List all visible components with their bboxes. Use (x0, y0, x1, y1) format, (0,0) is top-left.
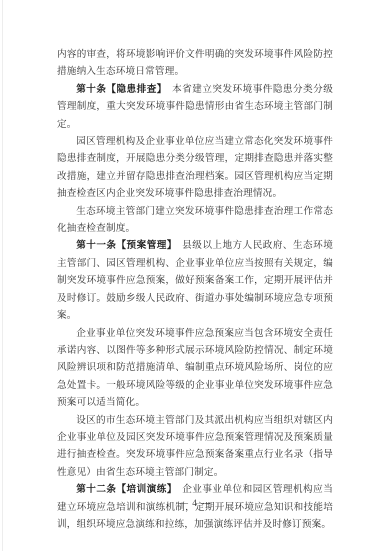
document-paragraph: 企业事业单位突发环境事件应急预案应当包含环境安全责任承诺内容、以图件等多种形式展… (57, 325, 333, 412)
article-heading: 第十二条【培训演练】 (76, 484, 182, 495)
paragraph-text: 园区管理机构及企业事业单位应当建立常态化突发环境事件隐患排查制度，开展隐患分类分… (57, 136, 333, 199)
paragraph-text: 县级以上地方人民政府、生态环境主管部门、园区管理机构、企业事业单位应当按照有关规… (57, 240, 333, 321)
document-paragraph: 园区管理机构及企业事业单位应当建立常态化突发环境事件隐患排查制度，开展隐患分类分… (57, 133, 333, 203)
paragraph-text: 内容的审查，将环境影响评价文件明确的突发环境事件风险防控措施纳入生态环境日常管理… (57, 49, 333, 77)
document-page: 内容的审查，将环境影响评价文件明确的突发环境事件风险防控措施纳入生态环境日常管理… (0, 0, 390, 551)
document-paragraph: 第十一条【预案管理】 县级以上地方人民政府、生态环境主管部门、园区管理机构、企业… (57, 237, 333, 324)
article-heading: 第十一条【预案管理】 (76, 240, 182, 251)
document-paragraph: 生态环境主管部门建立突发环境事件隐患排查治理工作常态化抽查检查制度。 (57, 203, 333, 238)
document-paragraph: 第十条【隐患排查】 本省建立突发环境事件隐患分类分级管理制度，重大突发环境事件隐… (57, 81, 333, 133)
document-paragraph: 内容的审查，将环境影响评价文件明确的突发环境事件风险防控措施纳入生态环境日常管理… (57, 46, 333, 81)
document-paragraph: 设区的市生态环境主管部门及其派出机构应当组织对辖区内企业事业单位及园区突发环境事… (57, 412, 333, 482)
scan-edge-line (2, 0, 3, 551)
paragraph-text: 企业事业单位突发环境事件应急预案应当包含环境安全责任承诺内容、以图件等多种形式展… (57, 328, 333, 409)
page-number: — 4 — (0, 498, 390, 508)
paragraph-text: 设区的市生态环境主管部门及其派出机构应当组织对辖区内企业事业单位及园区突发环境事… (57, 415, 333, 478)
article-heading: 第十条【隐患排查】 (76, 84, 172, 95)
document-body: 内容的审查，将环境影响评价文件明确的突发环境事件风险防控措施纳入生态环境日常管理… (57, 46, 333, 533)
paragraph-text: 生态环境主管部门建立突发环境事件隐患排查治理工作常态化抽查检查制度。 (57, 206, 333, 234)
